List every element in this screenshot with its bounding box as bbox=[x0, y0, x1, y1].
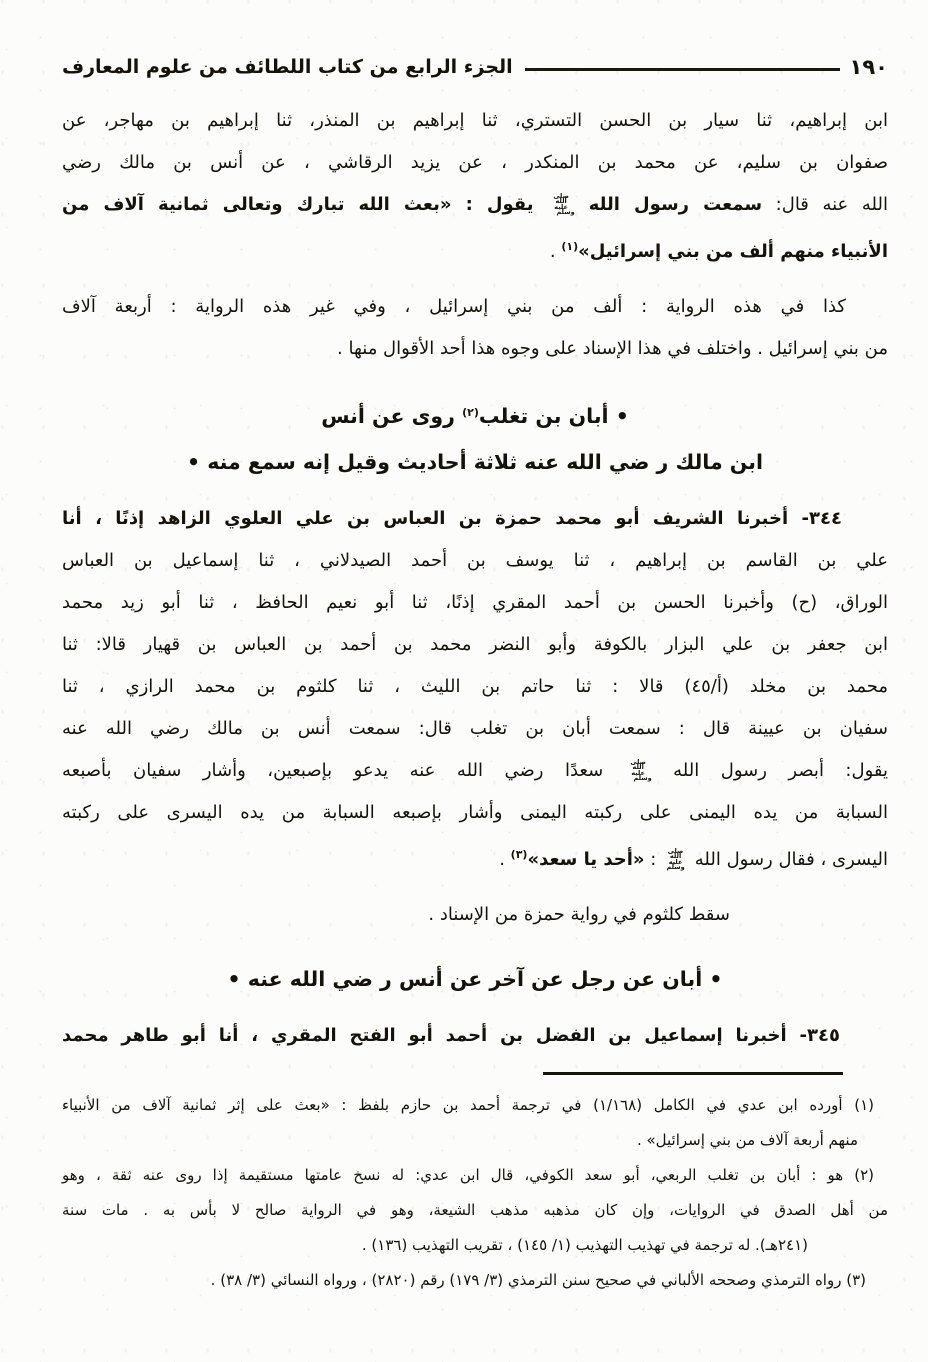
text-line: ابن مالك ر ضي الله عنه ثلاثة أحاديث وقيل… bbox=[62, 439, 888, 485]
text-line: • أبان عن رجل عن آخر عن أنس ر ضي الله عن… bbox=[62, 956, 888, 1002]
text-line: ٣٤٤- أخبرنا الشريف أبو محمد حمزة بن العب… bbox=[62, 498, 888, 540]
text-line: الوراق، (ح) وأخبرنا الحسن بن أحمد المقري… bbox=[62, 582, 888, 624]
scanned-book-page: الجزء الرابع من كتاب اللطائف من علوم الم… bbox=[0, 0, 928, 1362]
text-segment: علي بن القاسم بن إبراهيم ، ثنا يوسف بن أ… bbox=[62, 550, 888, 571]
text-segment: • أبان بن تغلب bbox=[479, 404, 629, 428]
text-segment: «أحد يا سعد» bbox=[527, 849, 644, 870]
prophet-honorific-ligature: صلى الله عليه وسلم bbox=[625, 760, 652, 782]
paragraph: ٣٤٥- أخبرنا إسماعيل بن الفضل بن أحمد أبو… bbox=[62, 1015, 888, 1057]
text-line: صفوان بن سليم، عن محمد بن المنكدر ، عن ي… bbox=[62, 142, 888, 184]
paragraph: ابن إبراهيم، ثنا سيار بن الحسن التستري، … bbox=[62, 100, 888, 273]
text-segment: ٣٤٥- أخبرنا إسماعيل بن الفضل بن أحمد أبو… bbox=[62, 1025, 840, 1046]
text-segment: الأنبياء منهم ألف من بني إسرائيل» bbox=[578, 241, 888, 262]
text-line: كذا في هذه الرواية : ألف من بني إسرائيل … bbox=[62, 286, 888, 328]
text-segment: : bbox=[645, 849, 663, 870]
text-segment: ابن إبراهيم، ثنا سيار بن الحسن التستري، … bbox=[62, 110, 888, 131]
text-segment: السبابة من يده اليمنى على ركبته اليمنى و… bbox=[62, 802, 888, 823]
text-segment: الله عنه قال: bbox=[762, 194, 888, 215]
text-segment: • أبان عن رجل عن آخر عن أنس ر ضي الله عن… bbox=[228, 967, 723, 991]
text-line: ابن جعفر بن علي البزار بالكوفة وأبو النض… bbox=[62, 624, 888, 666]
book-title: الجزء الرابع من كتاب اللطائف من علوم الم… bbox=[62, 56, 513, 78]
footnotes: (١) أورده ابن عدي في الكامل (١/١٦٨) في ت… bbox=[62, 1088, 888, 1298]
text-line: من أهل الصدق في الروايات، وإن كان مذهبه … bbox=[62, 1193, 888, 1228]
text-segment: ابن مالك ر ضي الله عنه ثلاثة أحاديث وقيل… bbox=[187, 450, 763, 474]
footnote: (١) أورده ابن عدي في الكامل (١/١٦٨) في ت… bbox=[62, 1088, 888, 1158]
text-segment: الوراق، (ح) وأخبرنا الحسن بن أحمد المقري… bbox=[62, 592, 888, 613]
text-segment: ابن جعفر بن علي البزار بالكوفة وأبو النض… bbox=[62, 634, 888, 655]
text-line: ٣٤٥- أخبرنا إسماعيل بن الفضل بن أحمد أبو… bbox=[62, 1015, 888, 1057]
text-segment: . bbox=[499, 849, 510, 870]
text-segment: يقول: أبصر رسول الله bbox=[652, 760, 888, 781]
text-line: (٢) هو : أبان بن تغلب الربعي، أبو سعد ال… bbox=[62, 1158, 888, 1193]
paragraph: كذا في هذه الرواية : ألف من بني إسرائيل … bbox=[62, 286, 888, 370]
text-segment: من أهل الصدق في الروايات، وإن كان مذهبه … bbox=[62, 1201, 888, 1219]
text-segment: صفوان بن سليم، عن محمد بن المنكدر ، عن ي… bbox=[62, 152, 888, 173]
text-segment: (٣) رواه الترمذي وصححه الألباني في صحيح … bbox=[211, 1271, 866, 1289]
footnote: (٢) هو : أبان بن تغلب الربعي، أبو سعد ال… bbox=[62, 1158, 888, 1263]
text-line: محمد بن مخلد (أ/٤٥) قالا : ثنا حاتم بن ا… bbox=[62, 666, 888, 708]
text-line: الله عنه قال: سمعت رسول الله صلى الله عل… bbox=[62, 184, 888, 226]
text-line: • أبان بن تغلب(٢) روى عن أنس bbox=[62, 390, 888, 439]
paragraph: ٣٤٤- أخبرنا الشريف أبو محمد حمزة بن العب… bbox=[62, 498, 888, 881]
page-number: ١٩٠ bbox=[850, 55, 888, 79]
text-segment: محمد بن مخلد (أ/٤٥) قالا : ثنا حاتم بن ا… bbox=[62, 676, 888, 697]
text-line: الأنبياء منهم ألف من بني إسرائيل»(١) . bbox=[62, 226, 888, 273]
main-text: ابن إبراهيم، ثنا سيار بن الحسن التستري، … bbox=[62, 100, 888, 1057]
text-segment: ٣٤٤- أخبرنا الشريف أبو محمد حمزة بن العب… bbox=[62, 508, 842, 529]
text-line: علي بن القاسم بن إبراهيم ، ثنا يوسف بن أ… bbox=[62, 540, 888, 582]
footnote-separator bbox=[543, 1072, 843, 1075]
text-line: السبابة من يده اليمنى على ركبته اليمنى و… bbox=[62, 792, 888, 834]
text-line: ابن إبراهيم، ثنا سيار بن الحسن التستري، … bbox=[62, 100, 888, 142]
text-line: (٣) رواه الترمذي وصححه الألباني في صحيح … bbox=[62, 1263, 888, 1298]
text-segment: (١) bbox=[561, 240, 578, 253]
text-line: سقط كلثوم في رواية حمزة من الإسناد . bbox=[62, 894, 888, 936]
section-heading: • أبان بن تغلب(٢) روى عن أنسابن مالك ر ض… bbox=[62, 390, 888, 485]
text-segment: سفيان بن عيينة قال : سمعت أبان بن تغلب ق… bbox=[62, 718, 888, 739]
text-line: من بني إسرائيل . واختلف في هذا الإسناد ع… bbox=[62, 328, 888, 370]
text-line: سفيان بن عيينة قال : سمعت أبان بن تغلب ق… bbox=[62, 708, 888, 750]
text-segment: يقول : «بعث الله تبارك وتعالى ثمانية آلا… bbox=[62, 194, 548, 215]
text-segment: اليسرى ، فقال رسول الله bbox=[689, 849, 888, 870]
page-header: الجزء الرابع من كتاب اللطائف من علوم الم… bbox=[62, 50, 888, 84]
text-segment: روى عن أنس bbox=[321, 404, 462, 428]
text-line: منهم أربعة آلاف من بني إسرائيل» . bbox=[62, 1123, 888, 1158]
text-segment: منهم أربعة آلاف من بني إسرائيل» . bbox=[637, 1131, 858, 1149]
paragraph: سقط كلثوم في رواية حمزة من الإسناد . bbox=[62, 894, 888, 936]
text-segment: . bbox=[550, 241, 561, 262]
header-rule bbox=[525, 68, 840, 71]
footnote: (٣) رواه الترمذي وصححه الألباني في صحيح … bbox=[62, 1263, 888, 1298]
text-segment: سقط كلثوم في رواية حمزة من الإسناد . bbox=[428, 904, 730, 925]
text-segment: سمعت رسول الله bbox=[575, 194, 762, 215]
text-segment: من بني إسرائيل . واختلف في هذا الإسناد ع… bbox=[337, 338, 888, 359]
text-segment: (٢) هو : أبان بن تغلب الربعي، أبو سعد ال… bbox=[62, 1166, 874, 1184]
text-segment: كذا في هذه الرواية : ألف من بني إسرائيل … bbox=[62, 296, 846, 317]
text-line: (١) أورده ابن عدي في الكامل (١/١٦٨) في ت… bbox=[62, 1088, 888, 1123]
text-line: يقول: أبصر رسول الله صلى الله عليه وسلم … bbox=[62, 750, 888, 792]
text-segment: (١) أورده ابن عدي في الكامل (١/١٦٨) في ت… bbox=[62, 1096, 874, 1114]
text-line: اليسرى ، فقال رسول الله صلى الله عليه وس… bbox=[62, 834, 888, 881]
prophet-honorific-ligature: صلى الله عليه وسلم bbox=[548, 194, 575, 216]
text-segment: (٣) bbox=[511, 848, 528, 861]
section-heading: • أبان عن رجل عن آخر عن أنس ر ضي الله عن… bbox=[62, 956, 888, 1002]
text-segment: سعدًا رضي الله عنه يدعو بإصبعين، وأشار س… bbox=[62, 760, 625, 781]
prophet-honorific-ligature: صلى الله عليه وسلم bbox=[662, 849, 689, 871]
text-segment: (٢٤١هـ). له ترجمة في تهذيب التهذيب (١/ ١… bbox=[362, 1236, 808, 1254]
text-segment: (٢) bbox=[462, 406, 479, 419]
text-line: (٢٤١هـ). له ترجمة في تهذيب التهذيب (١/ ١… bbox=[62, 1228, 888, 1263]
